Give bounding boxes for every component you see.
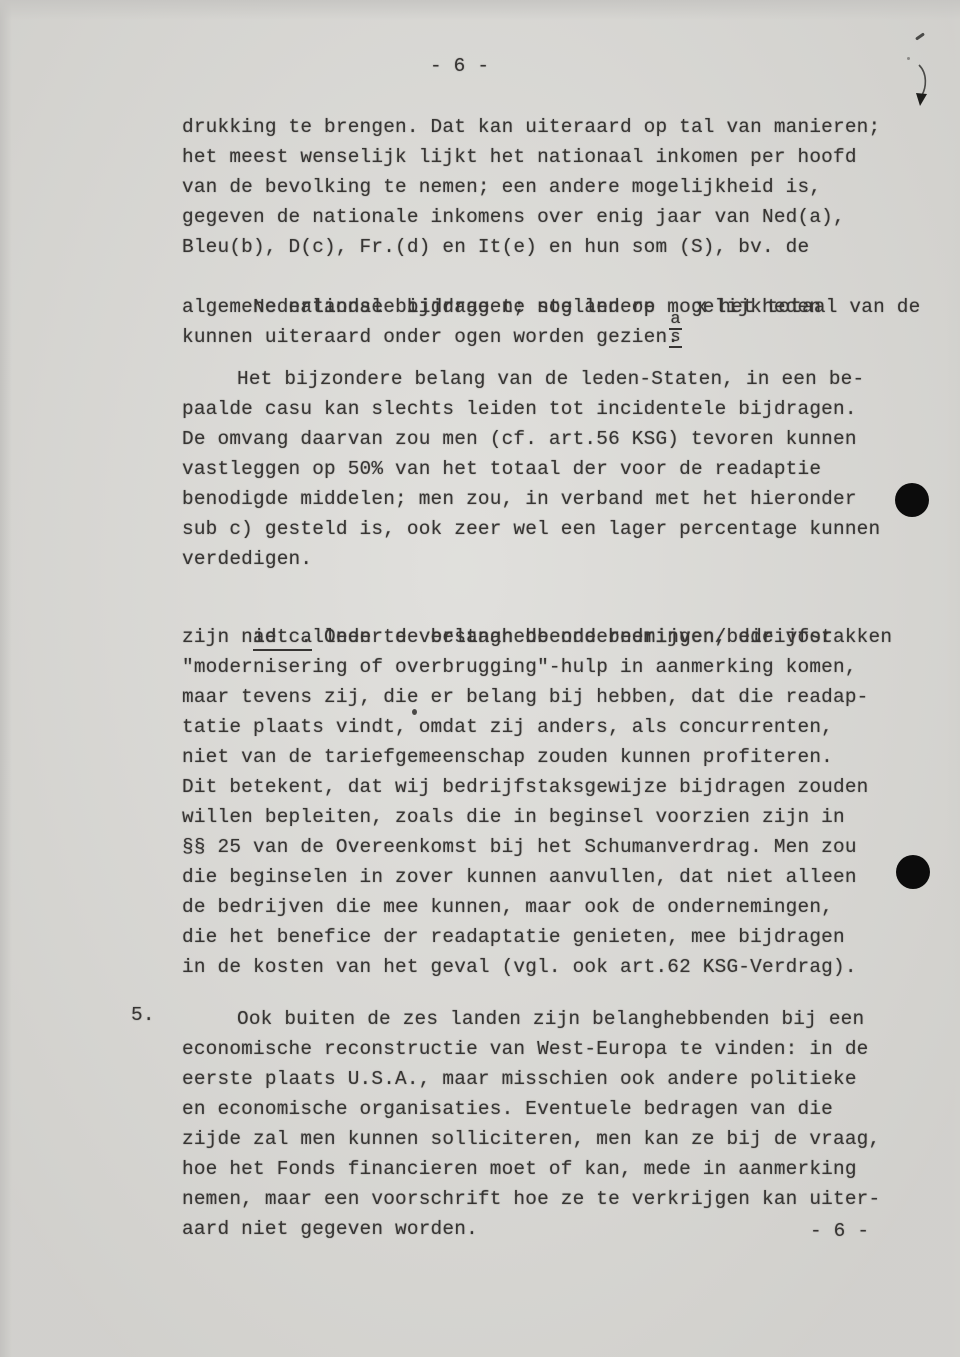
text-line: "modernisering of overbrugging"-hulp in … [182, 652, 902, 682]
text-line: verdedigen. [182, 544, 902, 574]
text-line: vastleggen op 50% van het totaal der voo… [182, 454, 902, 484]
text-line: van de bevolking te nemen; een andere mo… [182, 172, 902, 202]
text-line: hoe het Fonds financieren moet of kan, m… [182, 1154, 902, 1184]
text-line: drukking te brengen. Dat kan uiteraard o… [182, 112, 902, 142]
text-line: economische reconstructie van West-Europ… [182, 1034, 902, 1064]
section-number: 5. [131, 1004, 181, 1026]
ad-c-lead-line: ad c. Onder de belanghebbende bedrijven/… [182, 592, 902, 622]
text-line: Het bijzondere belang van de leden-State… [182, 364, 902, 394]
paragraph-2-lines: Het bijzondere belang van de leden-State… [182, 364, 902, 574]
paragraph-2: Het bijzondere belang van de leden-State… [182, 364, 902, 574]
ink-dot-lower [896, 855, 930, 889]
text-line: die beginselen in zover kunnen aanvullen… [182, 862, 902, 892]
text-line: aard niet gegeven worden. [182, 1214, 902, 1244]
text-line: zijde zal men kunnen solliciteren, men k… [182, 1124, 902, 1154]
text-line: tatie plaats vindt, omdat zij anders, al… [182, 712, 902, 742]
page-number-header: - 6 - [430, 55, 520, 77]
text-line: benodigde middelen; men zou, in verband … [182, 484, 902, 514]
text-line: en economische organisaties. Eventuele b… [182, 1094, 902, 1124]
text-line: kunnen uiteraard onder ogen worden gezie… [182, 322, 902, 352]
scanned-document-page: - 6 - drukking te brengen. Dat kan uiter… [0, 0, 960, 1357]
text-line: het meest wenselijk lijkt het nationaal … [182, 142, 902, 172]
text-line: §§ 25 van de Overeenkomst bij het Schuma… [182, 832, 902, 862]
text-line: maar tevens zij, die er belang bij hebbe… [182, 682, 902, 712]
page-number-footer: - 6 - [810, 1220, 900, 1242]
text-line: Ook buiten de zes landen zijn belanghebb… [182, 1004, 902, 1034]
paragraph-3-lines: zijn niet alleen te verstaan de ondernem… [182, 622, 902, 982]
pen-speck-mark [907, 57, 910, 60]
text-line: willen bepleiten, zoals die in beginsel … [182, 802, 902, 832]
paragraph-1-lines-a: drukking te brengen. Dat kan uiteraard o… [182, 112, 902, 262]
text-line: de bedrijven die mee kunnen, maar ook de… [182, 892, 902, 922]
text-line: niet van de tariefgemeenschap zouden kun… [182, 742, 902, 772]
pen-tick-mark [915, 32, 925, 40]
text-line: algemene nationale bijdragen; nog andere… [182, 292, 902, 322]
text-line: Dit betekent, dat wij bedrijfstaksgewijz… [182, 772, 902, 802]
text-line: nemen, maar een voorschrift hoe ze te ve… [182, 1184, 902, 1214]
text-line: gegeven de nationale inkomens over enig … [182, 202, 902, 232]
stray-ink-dot [412, 709, 417, 715]
text-line: eerste plaats U.S.A., maar misschien ook… [182, 1064, 902, 1094]
fraction-line: Nederlandse bijdrage te stellen op as x … [182, 262, 902, 292]
handwritten-arrow-icon [908, 62, 934, 108]
text-line: De omvang daarvan zou men (cf. art.56 KS… [182, 424, 902, 454]
paragraph-3: ad c. Onder de belanghebbende bedrijven/… [182, 592, 902, 982]
text-line: in de kosten van het geval (vgl. ook art… [182, 952, 902, 982]
text-line: zijn niet alleen te verstaan de ondernem… [182, 622, 902, 652]
paragraph-4: Ook buiten de zes landen zijn belanghebb… [182, 1004, 902, 1244]
paragraph-1: drukking te brengen. Dat kan uiteraard o… [182, 112, 902, 352]
text-line: die het benefice der readaptatie geniete… [182, 922, 902, 952]
text-line: sub c) gesteld is, ook zeer wel een lage… [182, 514, 902, 544]
text-line: Bleu(b), D(c), Fr.(d) en It(e) en hun so… [182, 232, 902, 262]
paragraph-4-lines: Ook buiten de zes landen zijn belanghebb… [182, 1004, 902, 1244]
text-line: paalde casu kan slechts leiden tot incid… [182, 394, 902, 424]
ink-dot-upper [895, 483, 929, 517]
